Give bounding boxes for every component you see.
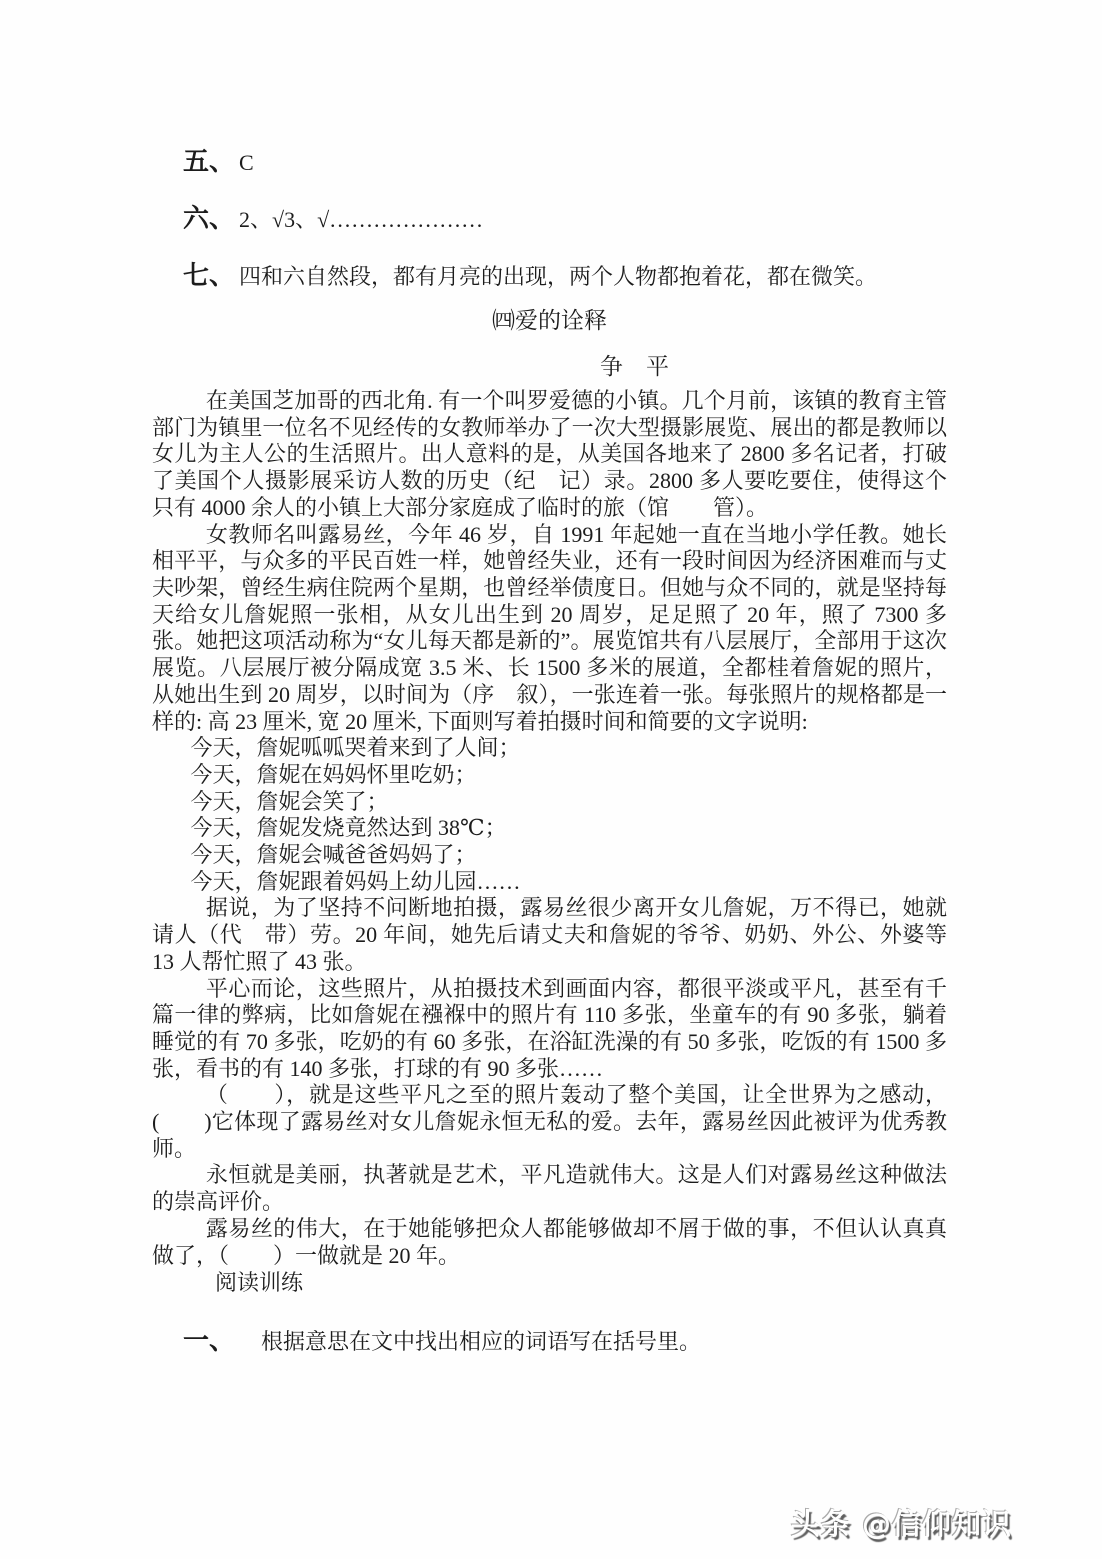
document-page: 五、 C 六、 2、√3、√………………… 七、 四和六自然段，都有月亮的出现，…: [0, 0, 1102, 1559]
photo-caption: 今天，詹妮会喊爸爸妈妈了；: [152, 842, 947, 869]
answer-label-5: 五、: [183, 146, 239, 178]
paragraph: 永恒就是美丽，执著就是艺术，平凡造就伟大。这是人们对露易丝这种做法的崇高评价。: [152, 1162, 947, 1215]
answer-row-6: 六、 2、√3、√…………………: [183, 203, 947, 236]
passage-body: 在美国芝加哥的西北角. 有一个叫罗爱德的小镇。几个月前，该镇的教育主管部门为镇里…: [152, 388, 947, 1269]
paragraph: 据说，为了坚持不问断地拍摄，露易丝很少离开女儿詹妮，万不得已，她就请人（代 带）…: [152, 895, 947, 975]
photo-caption: 今天，詹妮会笑了；: [152, 789, 947, 816]
question-label: 一、: [183, 1325, 239, 1357]
paragraph: 女教师名叫露易丝，今年 46 岁，自 1991 年起她一直在当地小学任教。她长相…: [152, 522, 947, 736]
answer-label-6: 六、: [183, 203, 239, 235]
paragraph: 平心而论，这些照片，从拍摄技术到画面内容，都很平淡或平凡，甚至有千篇一律的弊病，…: [152, 976, 947, 1083]
photo-caption: 今天，詹妮跟着妈妈上幼儿园……: [152, 869, 947, 896]
answer-text-5: C: [239, 147, 254, 179]
answer-text-6: 2、√3、√…………………: [239, 204, 483, 236]
answer-key-section: 五、 C 六、 2、√3、√………………… 七、 四和六自然段，都有月亮的出现，…: [152, 146, 947, 293]
passage-title: ㈣爱的诠释: [152, 307, 947, 334]
paragraph: 露易丝的伟大，在于她能够把众人都能够做却不屑于做的事，不但认认真真做了，（ ）一…: [152, 1216, 947, 1269]
answer-row-5: 五、 C: [183, 146, 947, 179]
answer-text-7: 四和六自然段，都有月亮的出现，两个人物都抱着花，都在微笑。: [239, 261, 877, 293]
photo-caption: 今天，詹妮呱呱哭着来到了人间；: [152, 735, 947, 762]
question-row-1: 一、 根据意思在文中找出相应的词语写在括号里。: [183, 1325, 947, 1358]
question-text: 根据意思在文中找出相应的词语写在括号里。: [261, 1326, 701, 1358]
answer-label-7: 七、: [183, 260, 239, 292]
reading-training-heading: 阅读训练: [215, 1270, 947, 1297]
answer-row-7: 七、 四和六自然段，都有月亮的出现，两个人物都抱着花，都在微笑。: [183, 260, 947, 293]
photo-caption: 今天，詹妮发烧竟然达到 38℃；: [152, 815, 947, 842]
watermark: 头条 @信仰知识: [791, 1502, 1012, 1543]
page-content: 五、 C 六、 2、√3、√………………… 七、 四和六自然段，都有月亮的出现，…: [152, 146, 947, 1358]
photo-caption: 今天，詹妮在妈妈怀里吃奶；: [152, 762, 947, 789]
paragraph: 在美国芝加哥的西北角. 有一个叫罗爱德的小镇。几个月前，该镇的教育主管部门为镇里…: [152, 388, 947, 522]
passage-author: 争 平: [237, 353, 1032, 380]
paragraph: （ ），就是这些平凡之至的照片轰动了整个美国，让全世界为之感动，( )它体现了露…: [152, 1082, 947, 1162]
